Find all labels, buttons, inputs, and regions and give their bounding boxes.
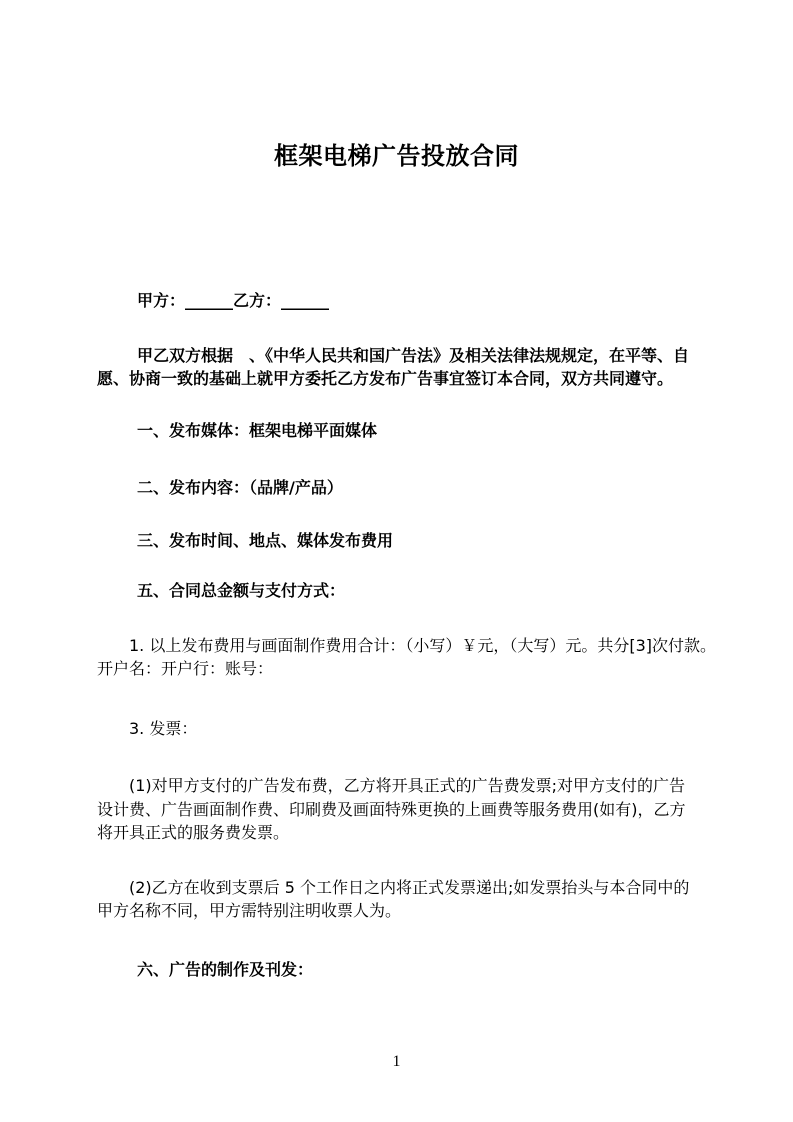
paragraph-line: 3. 发票： — [97, 717, 697, 741]
section-heading-1: 一、发布媒体：框架电梯平面媒体 — [97, 419, 697, 443]
payment-item-1: 1. 以上发布费用与画面制作费用合计：（小写）￥元，（大写）元。共分[3]次付款… — [97, 634, 697, 681]
paragraph-line: 设计费、广告画面制作费、印刷费及画面特殊更换的上画费等服务费用(如有)，乙方 — [97, 798, 697, 822]
document-title: 框架电梯广告投放合同 — [0, 142, 793, 170]
section-heading-5: 五、合同总金额与支付方式： — [97, 579, 697, 603]
paragraph-line: 1. 以上发布费用与画面制作费用合计：（小写）￥元，（大写）元。共分[3]次付款… — [97, 634, 697, 658]
paragraph-line: (1)对甲方支付的广告发布费，乙方将开具正式的广告费发票;对甲方支付的广告 — [97, 774, 697, 798]
paragraph-line: 愿、协商一致的基础上就甲方委托乙方发布广告事宜签订本合同，双方共同遵守。 — [97, 367, 697, 391]
invoice-item-1: (1)对甲方支付的广告发布费，乙方将开具正式的广告费发票;对甲方支付的广告 设计… — [97, 774, 697, 845]
paragraph-line: 开户名：开户行：账号： — [97, 657, 697, 681]
section-heading-6: 六、广告的制作及刊发： — [97, 958, 697, 982]
paragraph-line: 六、广告的制作及刊发： — [97, 958, 697, 982]
paragraph-line: (2)乙方在收到支票后 5 个工作日之内将正式发票递出;如发票抬头与本合同中的 — [97, 876, 697, 900]
invoice-heading: 3. 发票： — [97, 717, 697, 741]
paragraph-line: 三、发布时间、地点、媒体发布费用 — [97, 529, 697, 553]
page-number: 1 — [0, 1052, 793, 1072]
section-heading-3: 三、发布时间、地点、媒体发布费用 — [97, 529, 697, 553]
section-heading-2: 二、发布内容：（品牌/产品） — [97, 476, 697, 500]
invoice-item-2: (2)乙方在收到支票后 5 个工作日之内将正式发票递出;如发票抬头与本合同中的 … — [97, 876, 697, 923]
intro-paragraph: 甲乙双方根据 、《中华人民共和国广告法》及相关法律法规规定，在平等、自 愿、协商… — [97, 344, 697, 391]
document-body: 甲方：______乙方：______ 甲乙双方根据 、《中华人民共和国广告法》及… — [97, 289, 697, 981]
parties-line: 甲方：______乙方：______ — [97, 289, 697, 313]
paragraph-line: 一、发布媒体：框架电梯平面媒体 — [97, 419, 697, 443]
paragraph-line: 甲乙双方根据 、《中华人民共和国广告法》及相关法律法规规定，在平等、自 — [97, 344, 697, 368]
paragraph-line: 将开具正式的服务费发票。 — [97, 821, 697, 845]
paragraph-line: 甲方名称不同，甲方需特别注明收票人为。 — [97, 899, 697, 923]
paragraph-line: 甲方：______乙方：______ — [97, 289, 697, 313]
paragraph-line: 五、合同总金额与支付方式： — [97, 579, 697, 603]
contract-page: 框架电梯广告投放合同 甲方：______乙方：______ 甲乙双方根据 、《中… — [0, 0, 793, 1122]
paragraph-line: 二、发布内容：（品牌/产品） — [97, 476, 697, 500]
